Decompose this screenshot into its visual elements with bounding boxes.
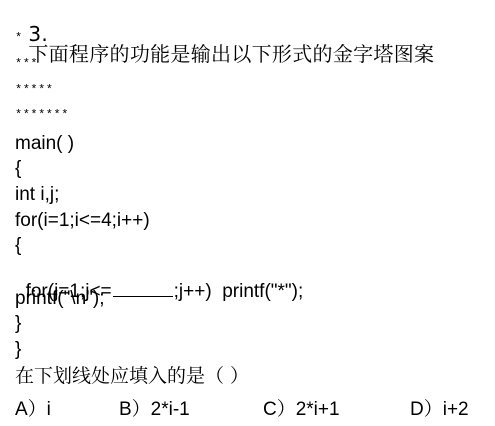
pattern-row-1: *: [15, 32, 23, 44]
code-line-declaration: int i,j;: [15, 185, 59, 204]
code-line-main: main( ): [15, 134, 74, 153]
pattern-row-2: ***: [15, 58, 38, 70]
pattern-row-4: *******: [15, 109, 69, 121]
code-line-close-brace: }: [15, 340, 21, 359]
code-line-open-brace: {: [15, 159, 21, 178]
option-b[interactable]: B）2*i-1: [119, 394, 190, 421]
question-text: 下面程序的功能是输出以下形式的金字塔图案: [28, 42, 434, 66]
code-line-inner-open-brace: {: [15, 236, 21, 255]
option-d[interactable]: D）i+2: [410, 394, 469, 421]
code-line-outer-for: for(i=1;i<=4;i++): [15, 211, 150, 230]
question-title: 3. 下面程序的功能是输出以下形式的金字塔图案: [15, 4, 434, 64]
option-a[interactable]: A）i: [15, 394, 51, 421]
option-c[interactable]: C）2*i+1: [263, 394, 340, 421]
code-line-inner-close-brace: }: [15, 314, 21, 333]
question-prompt: 在下划线处应填入的是（ ）: [15, 367, 249, 386]
pattern-row-3: *****: [15, 84, 54, 96]
inner-for-suffix: ;j++) printf("*");: [174, 281, 304, 302]
fill-in-blank: [113, 282, 173, 297]
code-line-printf-newline: printf("\n");: [15, 289, 105, 308]
